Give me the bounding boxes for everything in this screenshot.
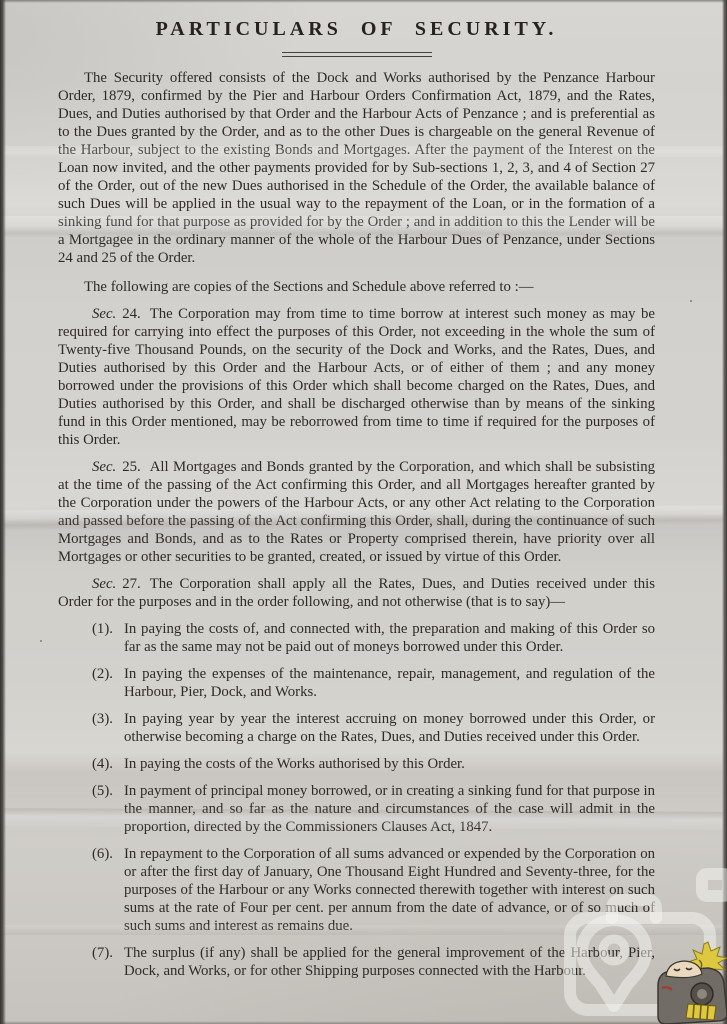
sections-block: Sec.24.The Corporation may from time to … <box>58 305 655 611</box>
section-text: All Mortgages and Bonds granted by the C… <box>58 459 655 565</box>
paper-speck <box>40 640 42 642</box>
section-text: The Corporation may from time to time bo… <box>58 306 655 448</box>
clause-number: (7). <box>92 944 113 962</box>
section-label: Sec. <box>92 459 116 475</box>
clause-item: (4).In paying the costs of the Works aut… <box>58 755 655 773</box>
clause-text: The surplus (if any) shall be applied fo… <box>124 945 655 979</box>
scan-edge-right <box>722 0 727 1024</box>
clause-text: In paying year by year the interest accr… <box>124 711 655 745</box>
clause-number: (1). <box>92 620 113 638</box>
flash-starburst <box>688 942 727 981</box>
section-number: 27. <box>122 576 141 592</box>
clause-item: (7).The surplus (if any) shall be applie… <box>58 944 655 980</box>
section-text: The Corporation shall apply all the Rate… <box>58 576 655 610</box>
clause-number: (4). <box>92 755 113 773</box>
paper-speck <box>690 300 692 302</box>
section-paragraph: Sec.27.The Corporation shall apply all t… <box>58 575 655 611</box>
scanned-document-page: PARTICULARS OF SECURITY. The Security of… <box>0 0 727 1024</box>
camera-mascot-icon <box>650 936 727 1024</box>
clause-item: (6).In repayment to the Corporation of a… <box>58 845 655 935</box>
document-content: PARTICULARS OF SECURITY. The Security of… <box>58 12 655 980</box>
clause-number: (5). <box>92 782 113 800</box>
section-paragraph: Sec.24.The Corporation may from time to … <box>58 305 655 449</box>
page-title: PARTICULARS OF SECURITY. <box>58 18 655 41</box>
clause-text: In repayment to the Corporation of all s… <box>124 846 655 934</box>
title-rule <box>282 52 432 57</box>
section-label: Sec. <box>92 306 116 322</box>
scan-edge-left <box>0 0 6 1024</box>
clause-number: (6). <box>92 845 113 863</box>
clause-item: (3).In paying year by year the interest … <box>58 710 655 746</box>
section-number: 25. <box>122 459 141 475</box>
intro-paragraph: The Security offered consists of the Doc… <box>58 69 655 267</box>
section-label: Sec. <box>92 576 116 592</box>
clause-text: In paying the costs of the Works authori… <box>124 756 465 772</box>
clause-item: (1).In paying the costs of, and connecte… <box>58 620 655 656</box>
clause-text: In payment of principal money borrowed, … <box>124 783 655 835</box>
clause-number: (2). <box>92 665 113 683</box>
clause-text: In paying the costs of, and connected wi… <box>124 621 655 655</box>
section-paragraph: Sec.25.All Mortgages and Bonds granted b… <box>58 458 655 566</box>
lead-in-paragraph: The following are copies of the Sections… <box>58 278 655 296</box>
clause-item: (5).In payment of principal money borrow… <box>58 782 655 836</box>
section-number: 24. <box>122 306 141 322</box>
scan-edge-top <box>0 0 727 3</box>
clause-item: (2).In paying the expenses of the mainte… <box>58 665 655 701</box>
clause-number: (3). <box>92 710 113 728</box>
clause-text: In paying the expenses of the maintenanc… <box>124 666 655 700</box>
clauses-block: (1).In paying the costs of, and connecte… <box>58 620 655 980</box>
